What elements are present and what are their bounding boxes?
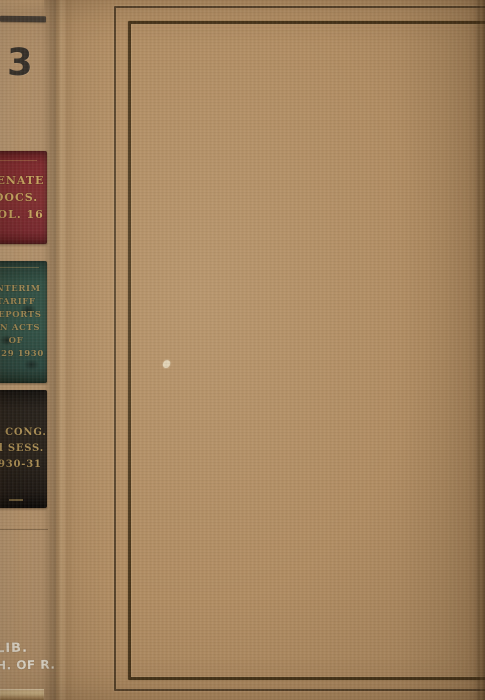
fore-edge-shadow (475, 0, 485, 700)
red-label-line: SENATE (0, 172, 44, 189)
black-label-line: 71 CONG. (0, 425, 47, 441)
green-label-line: 1929 1930 (0, 348, 44, 361)
front-cover (44, 0, 485, 700)
spine-label-black: 71 CONG. 3d SESS. 1930-31 (0, 390, 47, 508)
hinge-groove (42, 0, 74, 700)
spine-head-edge (0, 0, 44, 14)
spine-top-band (0, 16, 46, 23)
black-label-line: 1930-31 (0, 457, 42, 473)
green-label-line: TARIFF (0, 296, 36, 309)
stamped-border-inner (128, 21, 485, 680)
green-label-line: OF (9, 335, 24, 348)
library-stamp-line1: LIB. (0, 641, 28, 657)
spine-label-red: SENATE DOCS. VOL. 16 (0, 151, 47, 244)
red-label-line: DOCS. (0, 189, 38, 206)
spine-faint-rule (0, 529, 48, 530)
red-label-line: VOL. 16 (0, 206, 44, 223)
call-number: 3 (7, 44, 33, 81)
green-label-line: REPORTS (0, 309, 41, 322)
green-label-line: ON ACTS (0, 322, 40, 335)
spine-label-green: INTERIM TARIFF REPORTS ON ACTS OF 1929 1… (0, 261, 47, 383)
black-label-line: 3d SESS. (0, 441, 44, 457)
spine-tail-edge (0, 689, 44, 700)
book-cover-photo: 3 SENATE DOCS. VOL. 16 INTERIM TARIFF RE… (0, 0, 485, 700)
green-label-line: INTERIM (0, 283, 41, 296)
